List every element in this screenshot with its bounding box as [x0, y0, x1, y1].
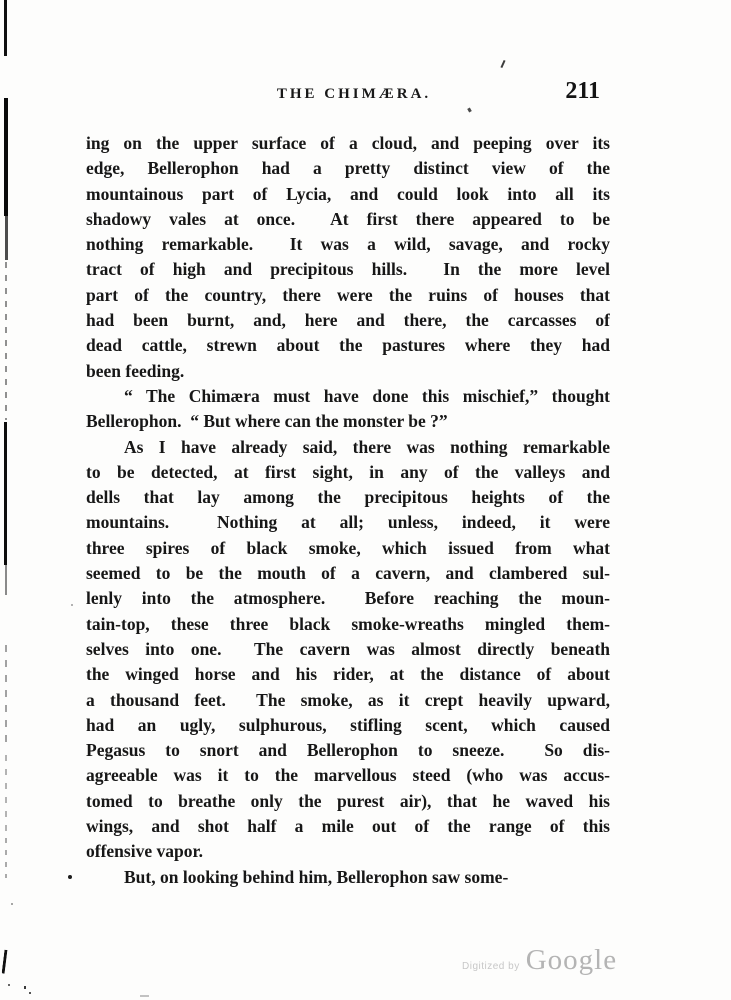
digitization-watermark: Digitized by Google	[462, 944, 617, 977]
scan-artifact-gutter-dashes	[5, 645, 7, 745]
paragraph: As I have already said, there was nothin…	[86, 435, 610, 865]
text-line: had an ugly, sulphurous, stifling scent,…	[86, 713, 610, 738]
scan-artifact-gutter-line	[5, 216, 8, 260]
text-line: nothing remarkable. It was a wild, savag…	[86, 232, 610, 257]
text-line: Bellerophon. “ But where can the monster…	[86, 409, 610, 434]
text-line: Pegasus to snort and Bellerophon to snee…	[86, 738, 610, 763]
scan-artifact-speck	[29, 992, 31, 994]
text-line: been feeding.	[86, 359, 610, 384]
scan-artifact-speck	[24, 986, 26, 989]
paragraph: “ The Chimæra must have done this mischi…	[86, 384, 610, 435]
text-line: tain-top, these three black smoke-wreath…	[86, 612, 610, 637]
scan-artifact-gutter-line	[4, 98, 8, 216]
scan-artifact-speck	[140, 995, 149, 997]
scan-artifact-stroke	[2, 950, 13, 975]
scan-artifact-speck	[8, 984, 10, 986]
page-number: 211	[550, 78, 600, 105]
text-line: ing on the upper surface of a cloud, and…	[86, 131, 610, 156]
paragraph: But, on looking behind him, Bellerophon …	[86, 865, 610, 890]
running-header-title: THE CHIMÆRA.	[86, 86, 610, 103]
scan-artifact-speck	[11, 903, 13, 905]
text-line: selves into one. The cavern was almost d…	[86, 637, 610, 662]
text-line: tract of high and precipitous hills. In …	[86, 257, 610, 282]
scan-artifact-gutter-dashes	[5, 755, 7, 833]
text-line: to be detected, at first sight, in any o…	[86, 460, 610, 485]
text-line: agreeable was it to the marvellous steed…	[86, 763, 610, 788]
scan-artifact-gutter-line	[4, 0, 7, 56]
scan-artifact-speck	[71, 604, 73, 606]
scan-artifact-gutter-dashes	[5, 262, 7, 420]
scan-artifact-speck	[68, 875, 72, 879]
text-line: a thousand feet. The smoke, as it crept …	[86, 688, 610, 713]
google-logo: Google	[526, 944, 617, 977]
paragraph: ing on the upper surface of a cloud, and…	[86, 131, 610, 384]
text-line: had been burnt, and, here and there, the…	[86, 308, 610, 333]
page-text-block: ing on the upper surface of a cloud, and…	[86, 131, 610, 890]
text-line: But, on looking behind him, Bellerophon …	[86, 865, 610, 890]
text-line: part of the country, there were the ruin…	[86, 283, 610, 308]
text-line: As I have already said, there was nothin…	[86, 435, 610, 460]
text-line: offensive vapor.	[86, 839, 610, 864]
text-line: wings, and shot half a mile out of the r…	[86, 814, 610, 839]
text-line: edge, Bellerophon had a pretty distinct …	[86, 156, 610, 181]
digitized-by-label: Digitized by	[462, 961, 520, 972]
text-line: mountainous part of Lycia, and could loo…	[86, 182, 610, 207]
text-line: lenly into the atmosphere. Before reachi…	[86, 586, 610, 611]
scan-artifact-speck	[467, 108, 472, 113]
text-line: tomed to breathe only the purest air), t…	[86, 789, 610, 814]
text-line: shadowy vales at once. At first there ap…	[86, 207, 610, 232]
scan-artifact-speck	[500, 60, 505, 68]
text-line: the winged horse and his rider, at the d…	[86, 662, 610, 687]
text-line: dells that lay among the precipitous hei…	[86, 485, 610, 510]
text-line: seemed to be the mouth of a cavern, and …	[86, 561, 610, 586]
text-line: three spires of black smoke, which issue…	[86, 536, 610, 561]
scan-artifact-gutter-line	[4, 422, 7, 565]
text-line: dead cattle, strewn about the pastures w…	[86, 333, 610, 358]
scan-artifact-gutter-dashes	[5, 838, 7, 878]
text-line: mountains. Nothing at all; unless, indee…	[86, 510, 610, 535]
text-line: “ The Chimæra must have done this mischi…	[86, 384, 610, 409]
scan-artifact-gutter-line	[5, 565, 7, 595]
